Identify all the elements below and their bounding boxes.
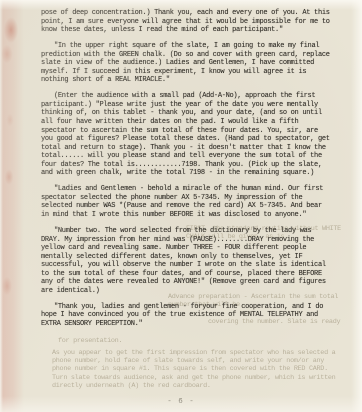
showthrough-text: for presentation.: [58, 337, 188, 345]
paragraph: "Ladies and Gentlemen - behold a miracle…: [41, 185, 333, 219]
page-number: - 6 -: [0, 398, 362, 406]
scanned-document-page: FIRST, the standard routine without WHIT…: [0, 0, 362, 412]
scan-edge-stain: [0, 0, 26, 412]
paragraph: "Thank you, ladies and gentlemen - foryo…: [41, 303, 333, 329]
paragraph: (Enter the audience with a small pad (Ad…: [41, 92, 333, 177]
showthrough-text: As you appear to get the first impressio…: [52, 349, 344, 390]
paragraph: "In the upper right square of the slate,…: [41, 42, 333, 85]
typed-text-block: pose of deep concentration.) Thank you, …: [41, 9, 333, 336]
paragraph: pose of deep concentration.) Thank you, …: [41, 9, 333, 35]
paragraph: "Number two. The word selected from the …: [41, 227, 333, 295]
